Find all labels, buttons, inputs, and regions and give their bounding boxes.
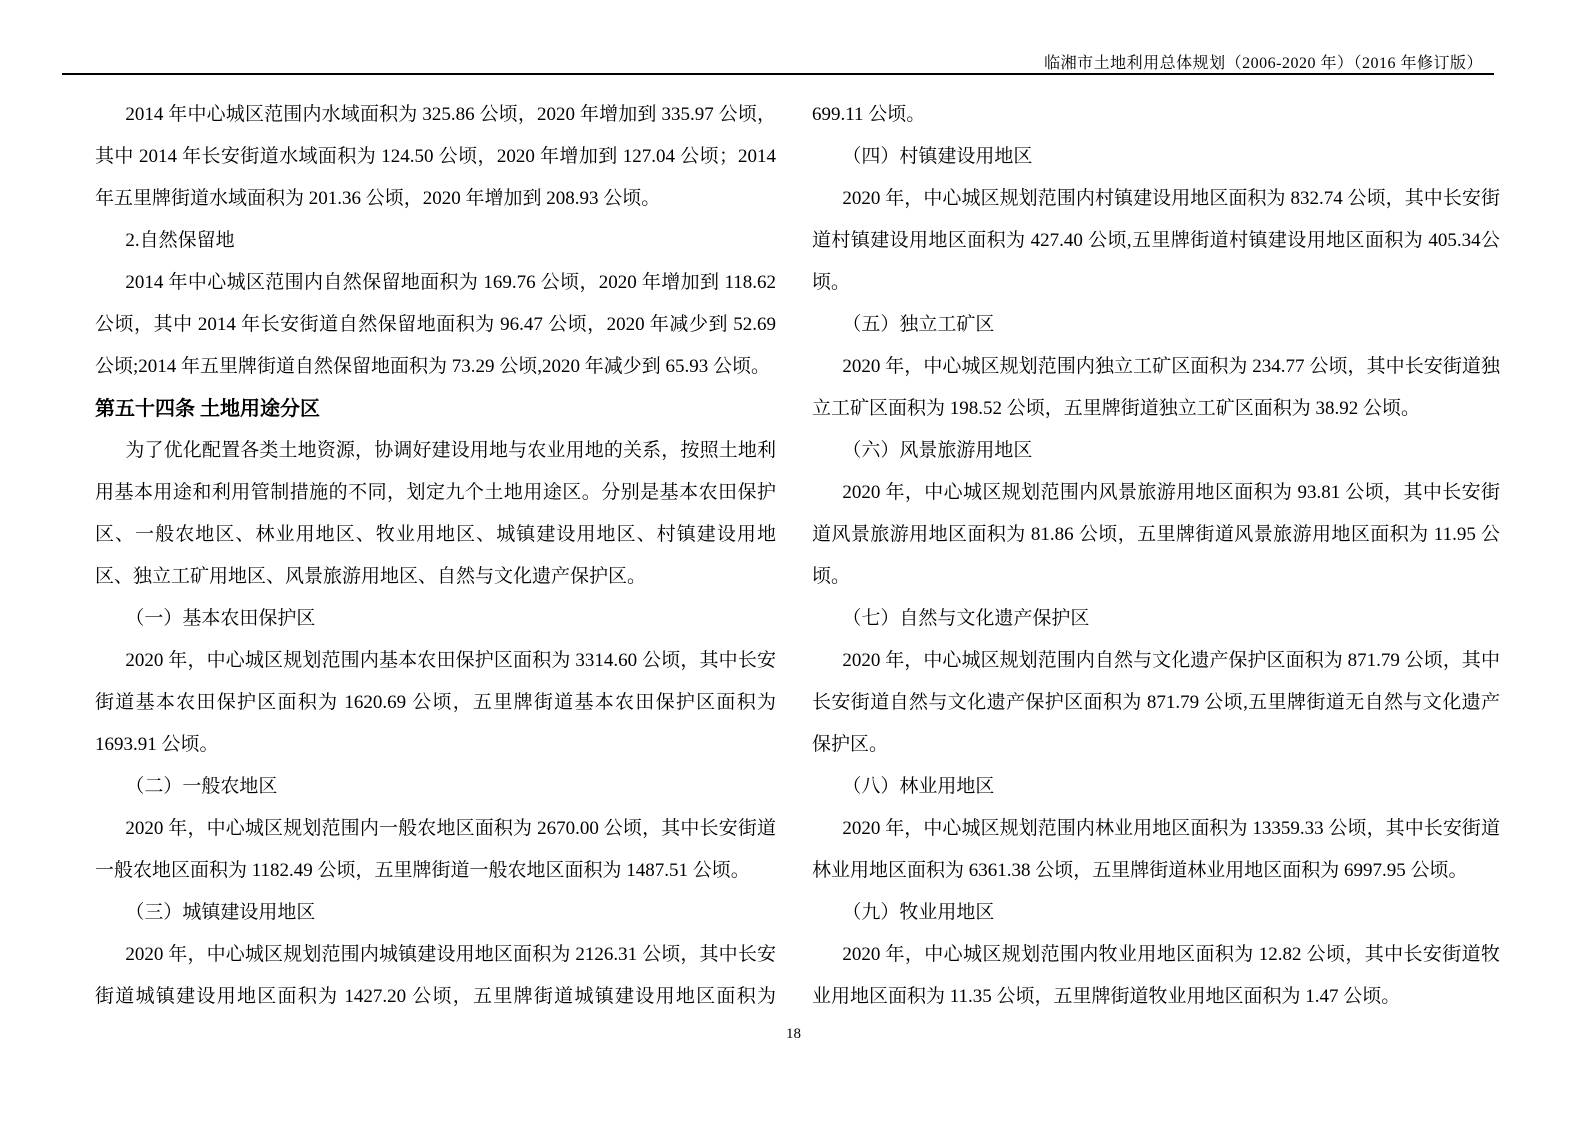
page-footer: 18: [0, 1026, 1587, 1043]
para-town-construction: 2020 年，中心城区规划范围内城镇建设用地区面积为 2126.31 公顷，其中…: [95, 934, 776, 1018]
para-independent-mining: 2020 年，中心城区规划范围内独立工矿区面积为 234.77 公顷，其中长安街…: [812, 346, 1500, 430]
para-zoning-intro: 为了优化配置各类土地资源，协调好建设用地与农业用地的关系，按照土地利用基本用途和…: [95, 430, 776, 598]
para-basic-farmland: 2020 年，中心城区规划范围内基本农田保护区面积为 3314.60 公顷，其中…: [95, 640, 776, 766]
subheading-animal-husbandry: （九）牧业用地区: [812, 892, 1500, 934]
para-water-area: 2014 年中心城区范围内水域面积为 325.86 公顷，2020 年增加到 3…: [95, 94, 776, 220]
document-page: 临湘市土地利用总体规划（2006-2020 年）（2016 年修订版） 2014…: [0, 0, 1587, 1122]
para-animal-husbandry: 2020 年，中心城区规划范围内牧业用地区面积为 12.82 公顷，其中长安街道…: [812, 934, 1500, 1018]
header-rule: [62, 73, 1494, 75]
subheading-independent-mining: （五）独立工矿区: [812, 304, 1500, 346]
right-text-column: 699.11 公顷。（四）村镇建设用地区2020 年，中心城区规划范围内村镇建设…: [812, 94, 1500, 1018]
subheading-natural-reserve: 2.自然保留地: [95, 220, 776, 262]
para-scenic-tourism: 2020 年，中心城区规划范围内风景旅游用地区面积为 93.81 公顷，其中长安…: [812, 472, 1500, 598]
header-running-title: 临湘市土地利用总体规划（2006-2020 年）（2016 年修订版）: [1044, 50, 1483, 73]
para-town-construction-continued: 699.11 公顷。: [812, 94, 1500, 136]
article-54-heading: 第五十四条 土地用途分区: [95, 388, 776, 430]
subheading-village-construction: （四）村镇建设用地区: [812, 136, 1500, 178]
para-general-agriculture: 2020 年，中心城区规划范围内一般农地区面积为 2670.00 公顷，其中长安…: [95, 808, 776, 892]
subheading-forestry: （八）林业用地区: [812, 766, 1500, 808]
left-text-column: 2014 年中心城区范围内水域面积为 325.86 公顷，2020 年增加到 3…: [95, 94, 776, 1018]
para-forestry: 2020 年，中心城区规划范围内林业用地区面积为 13359.33 公顷，其中长…: [812, 808, 1500, 892]
subheading-scenic-tourism: （六）风景旅游用地区: [812, 430, 1500, 472]
para-natural-reserve: 2014 年中心城区范围内自然保留地面积为 169.76 公顷，2020 年增加…: [95, 262, 776, 388]
page-number: 18: [786, 1026, 801, 1042]
subheading-general-agriculture: （二）一般农地区: [95, 766, 776, 808]
para-natural-cultural-heritage: 2020 年，中心城区规划范围内自然与文化遗产保护区面积为 871.79 公顷，…: [812, 640, 1500, 766]
subheading-basic-farmland: （一）基本农田保护区: [95, 598, 776, 640]
subheading-town-construction: （三）城镇建设用地区: [95, 892, 776, 934]
subheading-natural-cultural-heritage: （七）自然与文化遗产保护区: [812, 598, 1500, 640]
para-village-construction: 2020 年，中心城区规划范围内村镇建设用地区面积为 832.74 公顷，其中长…: [812, 178, 1500, 304]
